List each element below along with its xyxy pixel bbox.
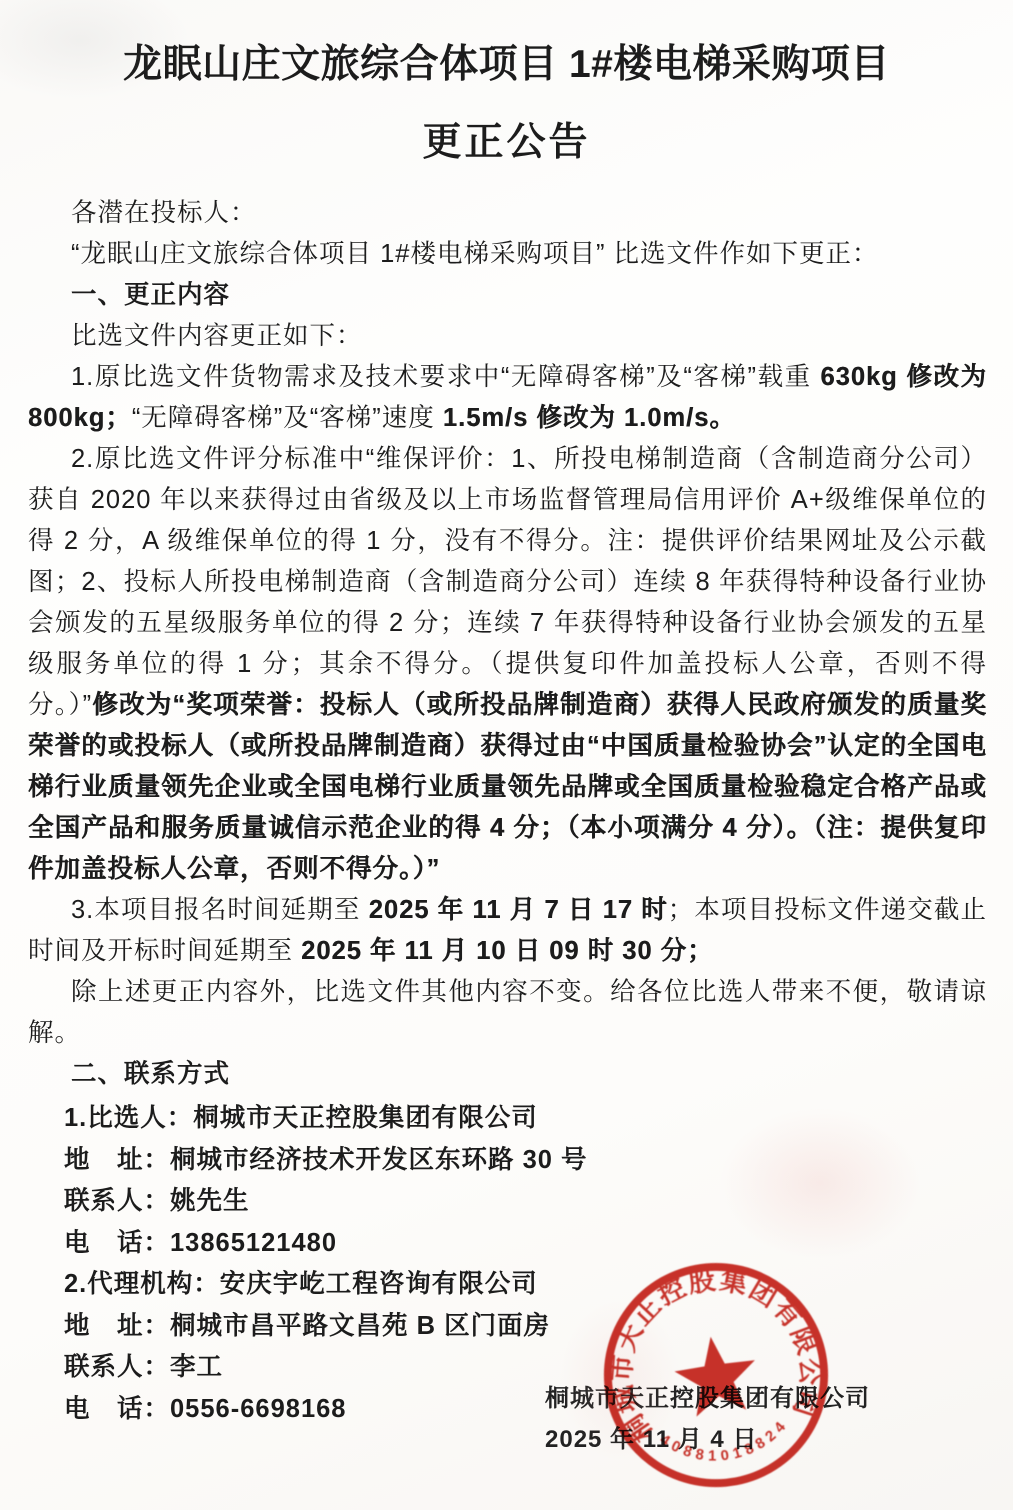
company-seal: 桐城市天正控股集团有限公司 3408810188241 [582,1241,851,1510]
star-icon [670,1331,761,1419]
contact-line-selector-person: 联系人：姚先生 [64,1181,987,1223]
correction-item-1: 1.原比选文件货物需求及技术要求中“无障碍客梯”及“客梯”载重 630kg 修改… [28,357,987,439]
company-seal-graphic: 桐城市天正控股集团有限公司 3408810188241 [582,1241,851,1510]
contact-line-selector-phone: 电 话：13865121480 [64,1223,987,1265]
scanned-announcement-page: 龙眠山庄文旅综合体项目 1#楼电梯采购项目 更正公告 各潜在投标人： “龙眠山庄… [0,0,1013,1510]
contact-line-agency-address: 地 址：桐城市昌平路文昌苑 B 区门面房 [64,1306,987,1348]
item3-text: 3.本项目报名时间延期至 [71,896,369,924]
contact-line-selector-address: 地 址：桐城市经济技术开发区东环路 30 号 [64,1140,987,1182]
item3-deadline-2: 2025 年 11 月 10 日 09 时 30 分； [301,937,714,965]
correction-item-2: 2.原比选文件评分标准中“维保评价：1、所投电梯制造商（含制造商分公司）获自 2… [28,439,987,890]
item2-original-text: 2.原比选文件评分标准中“维保评价：1、所投电梯制造商（含制造商分公司）获自 2… [28,445,987,719]
document-title: 龙眠山庄文旅综合体项目 1#楼电梯采购项目 [0,0,1013,90]
item1-text: 1.原比选文件货物需求及技术要求中“无障碍客梯”及“客梯”载重 [71,363,820,391]
correction-item-3: 3.本项目报名时间延期至 2025 年 11 月 7 日 17 时；本项目投标文… [28,890,987,972]
item1-bold-change-2: 1.5m/s 修改为 1.0m/s。 [443,404,736,432]
document-header: 龙眠山庄文旅综合体项目 1#楼电梯采购项目 更正公告 [0,0,1013,168]
document-body: 各潜在投标人： “龙眠山庄文旅综合体项目 1#楼电梯采购项目” 比选文件作如下更… [28,193,987,1430]
document-subtitle: 更正公告 [0,118,1013,168]
closing-note: 除上述更正内容外，比选文件其他内容不变。给各位比选人带来不便，敬请谅解。 [28,972,987,1054]
salutation-line: 各潜在投标人： [28,193,987,234]
contact-line-selector: 1.比选人：桐城市天正控股集团有限公司 [64,1098,987,1140]
intro-paragraph: “龙眠山庄文旅综合体项目 1#楼电梯采购项目” 比选文件作如下更正： [28,234,987,275]
item1-text-2: “无障碍客梯”及“客梯”速度 [132,404,443,432]
item2-revised-text: 修改为“奖项荣誉：投标人（或所投品牌制造商）获得人民政府颁发的质量奖荣誉的或投标… [28,691,987,883]
contact-line-agency: 2.代理机构：安庆宇屹工程咨询有限公司 [64,1264,987,1306]
section2-heading: 二、联系方式 [28,1054,987,1095]
section1-heading: 一、更正内容 [28,275,987,316]
section1-intro: 比选文件内容更正如下： [28,316,987,357]
item3-deadline-1: 2025 年 11 月 7 日 17 时 [369,896,668,924]
